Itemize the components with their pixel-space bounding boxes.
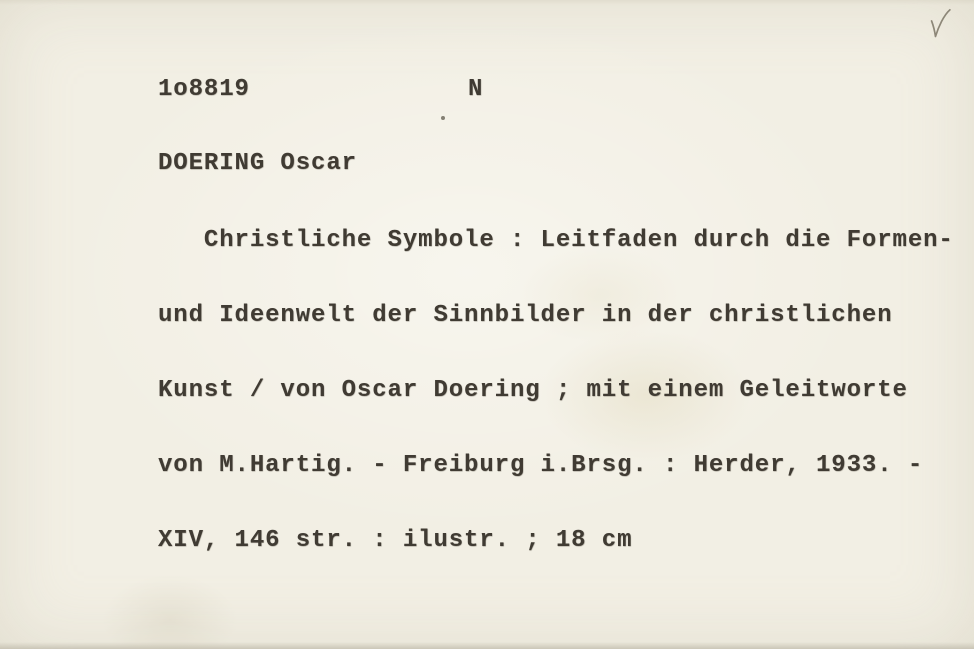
description-line: und Ideenwelt der Sinnbilder in der chri… <box>158 303 954 328</box>
call-number: 1o8819 <box>158 77 250 102</box>
section-letter: N <box>468 77 483 102</box>
author-heading: DOERING Oscar <box>158 151 357 176</box>
description-line: Kunst / von Oscar Doering ; mit einem Ge… <box>158 378 954 403</box>
description-line: Christliche Symbole : Leitfaden durch di… <box>158 228 954 253</box>
description-line: XIV, 146 str. : ilustr. ; 18 cm <box>158 528 954 553</box>
description-line: von M.Hartig. - Freiburg i.Brsg. : Herde… <box>158 453 954 478</box>
catalog-card: 1o8819 N DOERING Oscar Christliche Symbo… <box>0 0 974 649</box>
bibliographic-description: Christliche Symbole : Leitfaden durch di… <box>158 178 954 603</box>
pencil-checkmark-icon <box>926 6 956 48</box>
stray-dot-mark <box>441 116 445 120</box>
